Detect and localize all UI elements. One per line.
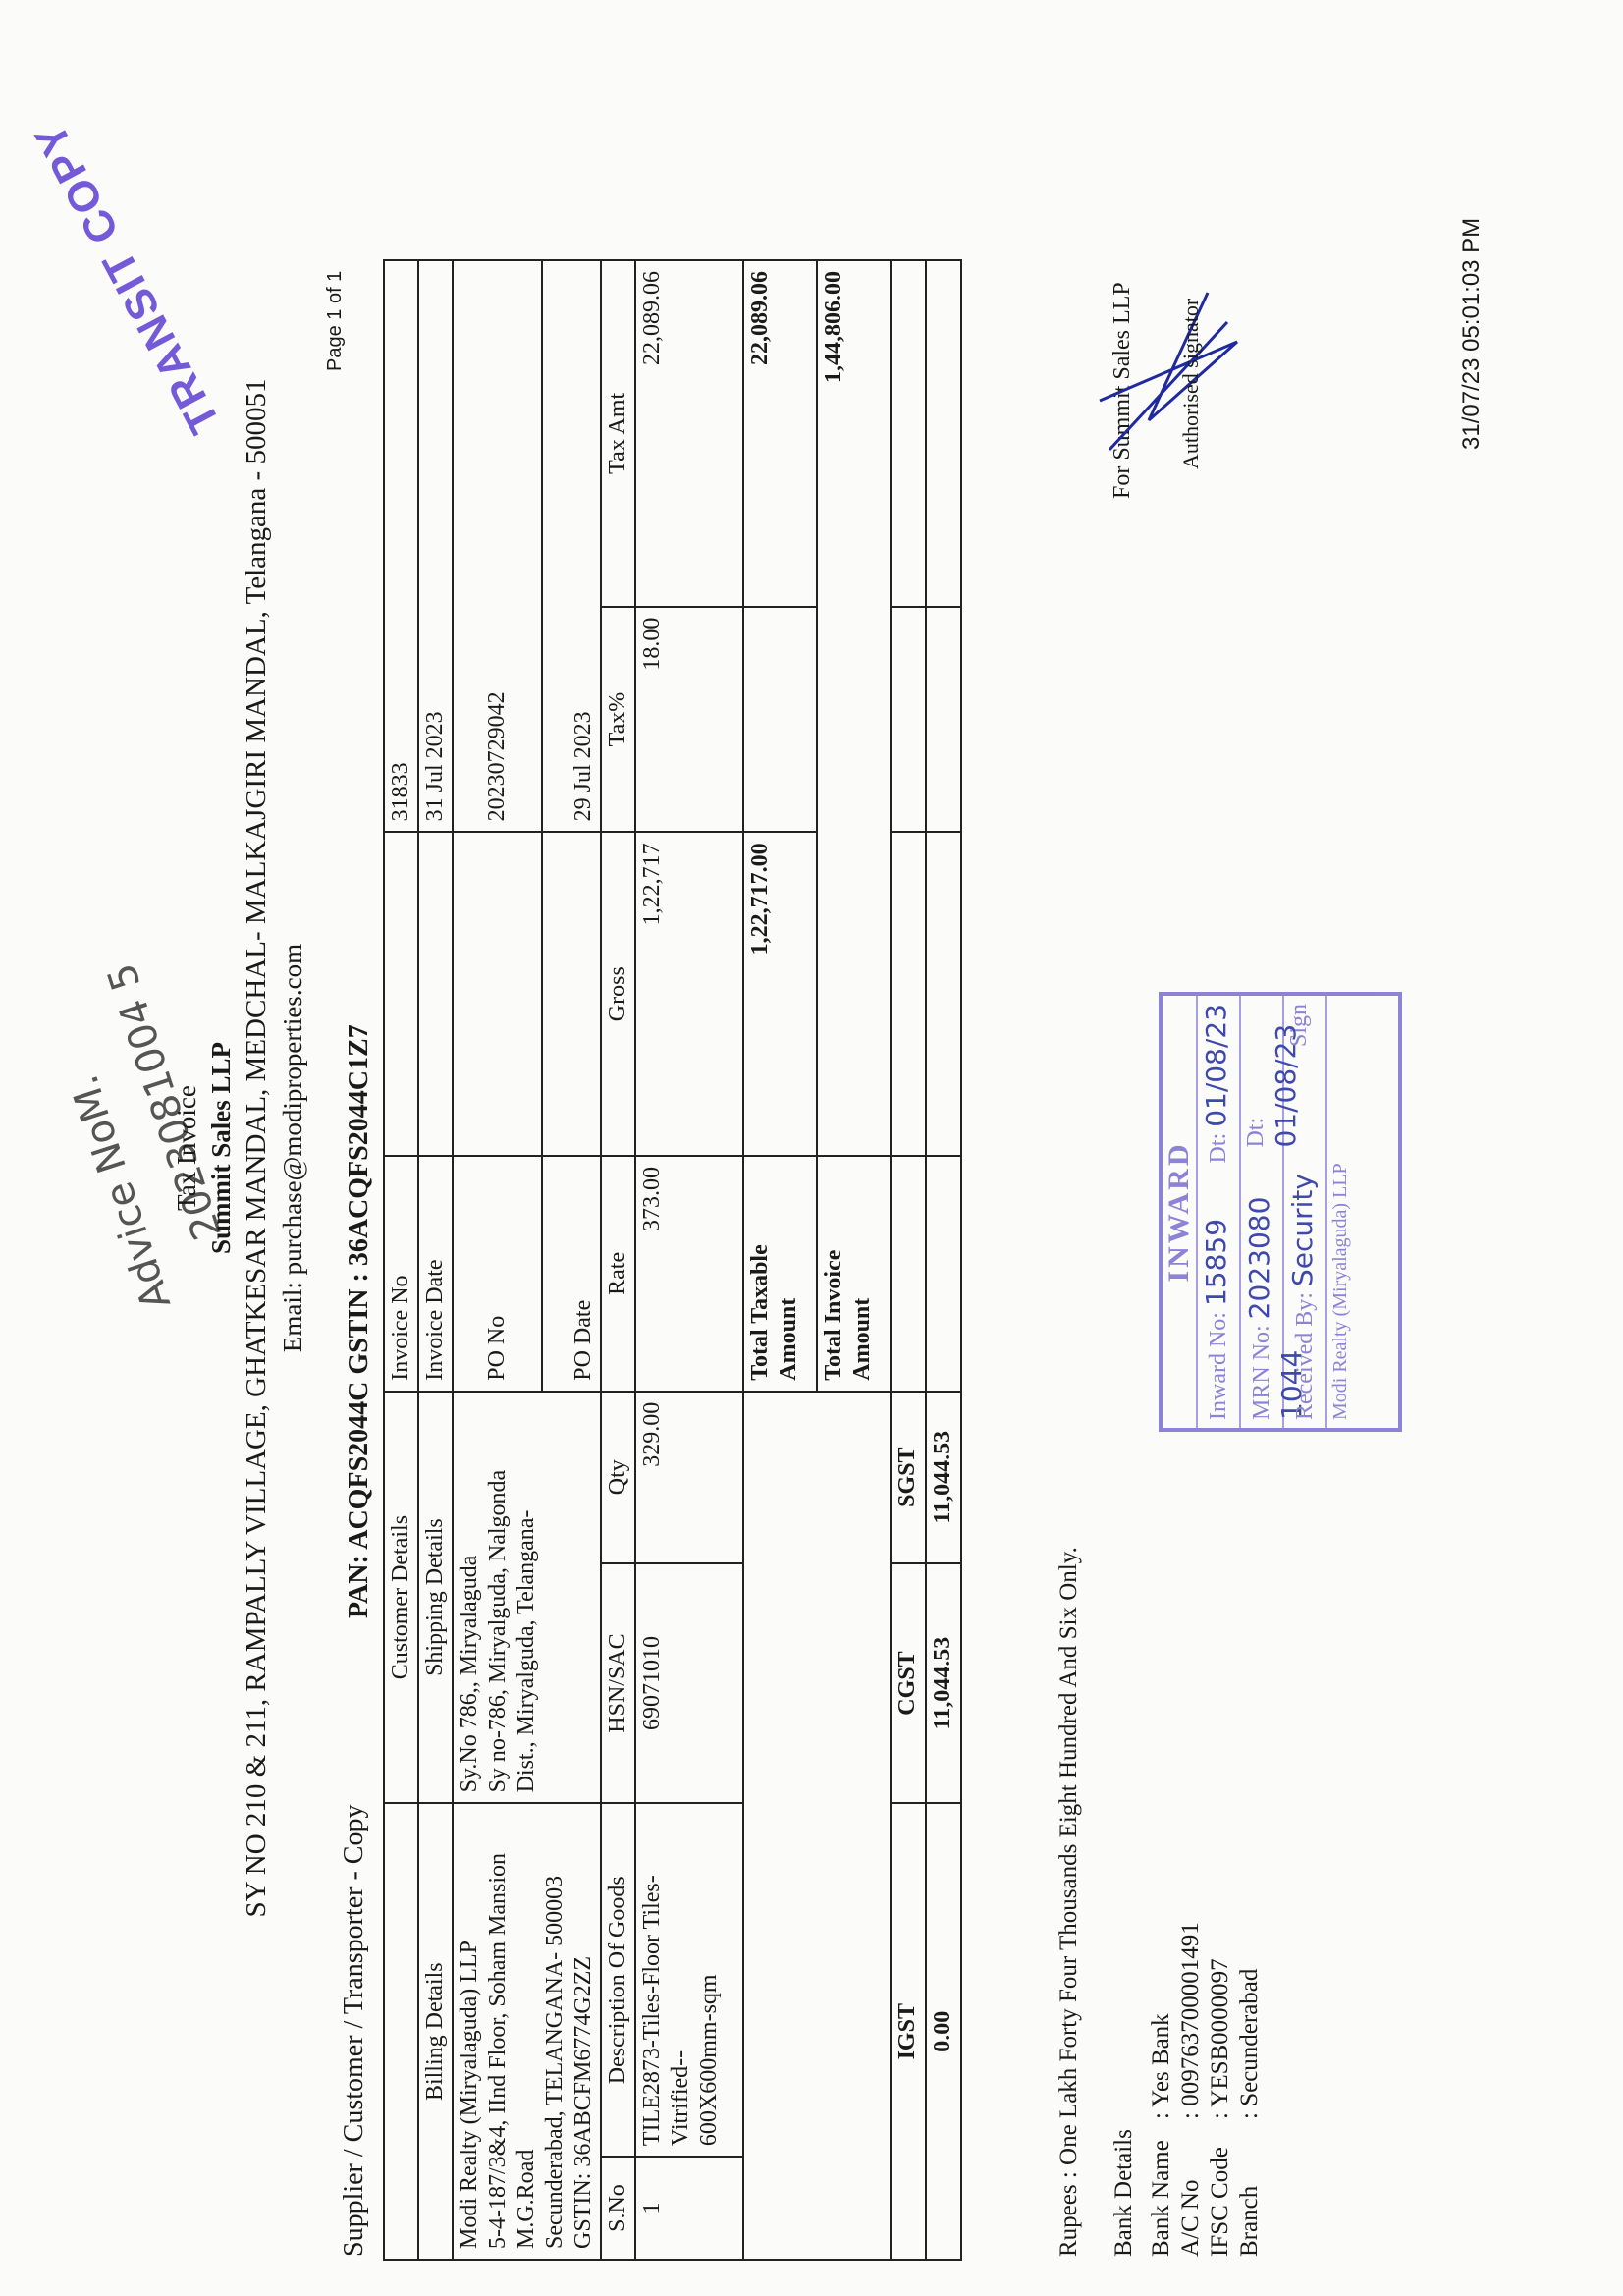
meta-value-invoice-no: 31833 xyxy=(384,260,418,832)
authorised-signatory-label: Authorised signator xyxy=(1178,299,1204,469)
tax-spacer xyxy=(926,260,961,607)
document-title: Tax Invoice xyxy=(172,0,202,2296)
total-invoice-label: Total Invoice Amount xyxy=(817,1156,891,1392)
meta-label-po-date: PO Date xyxy=(542,1156,601,1392)
col-header-description: Description Of Goods xyxy=(601,1803,635,2157)
cgst-value: 11,044.53 xyxy=(926,1563,961,1804)
meta-spacer xyxy=(453,832,542,1156)
branch-value: : Secunderabad xyxy=(1235,1969,1265,2119)
table-row: 1 TILE2873-Tiles-Floor Tiles-Vitrified--… xyxy=(635,260,743,2260)
billing-address: Modi Realty (Miryalaguda) LLP 5-4-187/3&… xyxy=(453,1803,601,2260)
meta-label-po-no: PO No xyxy=(453,1156,542,1392)
inward-no-value: 15859 xyxy=(1200,1219,1232,1306)
inward-dt-label: Dt: xyxy=(1206,1133,1231,1164)
col-header-rate: Rate xyxy=(601,1156,635,1392)
company-address: SY NO 210 & 211, RAMPALLY VILLAGE, GHATK… xyxy=(241,0,273,2296)
inward-stamp-footer: Modi Realty (Miryalaguda) LLP xyxy=(1325,996,1354,1428)
page-number: Page 1 of 1 xyxy=(324,271,347,371)
item-rate: 373.00 xyxy=(635,1156,743,1392)
igst-header: IGST xyxy=(891,1803,926,2260)
bank-details: Bank Details Bank Name: Yes Bank A/C No:… xyxy=(1109,1922,1265,2257)
item-sno: 1 xyxy=(635,2157,743,2260)
item-description-line: TILE2873-Tiles-Floor Tiles-Vitrified-- xyxy=(638,1814,695,2146)
igst-value: 0.00 xyxy=(926,1803,961,2260)
total-invoice-amount: 1,44,806.00 xyxy=(817,260,891,1156)
pan-gstin: PAN: ACQFS2044C GSTIN : 36ACQFS2044C1Z7 xyxy=(344,1024,375,1618)
item-qty: 329.00 xyxy=(635,1392,743,1563)
shipping-line: Sy.No 786,, Miryalaguda xyxy=(456,1402,484,1793)
item-description-line: 600X600mm-sqm xyxy=(695,1814,724,2146)
inward-stamp-title: INWARD xyxy=(1163,996,1196,1428)
meta-spacer xyxy=(542,832,601,1156)
billing-gstin: GSTIN: 36ABCFM6774G2ZZ xyxy=(569,1814,598,2249)
billing-line: 5-4-187/3&4, IInd Floor, Soham Mansion M… xyxy=(484,1814,541,2249)
item-tax-amt: 22,089.06 xyxy=(635,260,743,607)
tax-spacer xyxy=(926,832,961,1156)
sign-label: Sign xyxy=(1286,1004,1324,1047)
bank-details-title: Bank Details xyxy=(1109,1922,1139,2257)
mrn-dt-label: Dt: xyxy=(1243,1118,1269,1148)
tax-spacer xyxy=(891,1156,926,1392)
print-timestamp: 31/07/23 05:01:03 PM xyxy=(1458,218,1486,450)
item-hsn: 69071010 xyxy=(635,1563,743,1804)
shipping-line: Dist., Miryalguda, Telangana- xyxy=(513,1402,541,1793)
inward-dt-value: 01/08/23 xyxy=(1200,1004,1232,1127)
col-header-hsn: HSN/SAC xyxy=(601,1563,635,1804)
col-header-tax-pct: Tax% xyxy=(601,607,635,833)
customer-details-header: Customer Details xyxy=(384,1392,418,1804)
tax-spacer xyxy=(891,260,926,607)
company-name: Summit Sales LLP xyxy=(206,0,237,2296)
col-header-gross: Gross xyxy=(601,832,635,1156)
inward-no-label: Inward No: xyxy=(1206,1312,1231,1420)
invoice-table: Customer Details Invoice No 31833 Billin… xyxy=(383,259,962,2261)
cgst-header: CGST xyxy=(891,1563,926,1804)
customer-details-spacer xyxy=(384,1803,418,2260)
tax-spacer xyxy=(891,607,926,833)
invoice-page: Advice NoM. 2023081004 5 TRANSIT COPY Ta… xyxy=(0,0,1623,2296)
account-no-value: : 009763700001491 xyxy=(1176,1922,1206,2119)
received-by-label: Received By: xyxy=(1292,1292,1318,1420)
col-header-tax-amt: Tax Amt xyxy=(601,260,635,607)
shipping-address: Sy.No 786,, Miryalaguda Sy no-786, Mirya… xyxy=(453,1392,601,1804)
totals-spacer xyxy=(743,1392,891,2260)
meta-label-invoice-date: Invoice Date xyxy=(418,1156,453,1392)
ifsc-label: IFSC Code xyxy=(1206,2119,1235,2257)
meta-value-invoice-date: 31 Jul 2023 xyxy=(418,260,453,832)
amount-in-words: Rupees : One Lakh Forty Four Thousands E… xyxy=(1055,1547,1083,2257)
tax-spacer xyxy=(926,1156,961,1392)
sgst-header: SGST xyxy=(891,1392,926,1563)
item-description: TILE2873-Tiles-Floor Tiles-Vitrified-- 6… xyxy=(635,1803,743,2157)
signature-icon xyxy=(1090,244,1247,460)
billing-line: Modi Realty (Miryalaguda) LLP xyxy=(456,1814,484,2249)
item-tax-pct: 18.00 xyxy=(635,607,743,833)
bank-name-value: : Yes Bank xyxy=(1147,2013,1176,2119)
meta-spacer xyxy=(384,832,418,1156)
meta-spacer xyxy=(418,832,453,1156)
meta-label-invoice-no: Invoice No xyxy=(384,1156,418,1392)
company-email: Email: purchase@modiproperties.com xyxy=(278,0,308,2296)
total-taxable-tax: 22,089.06 xyxy=(743,260,817,607)
mrn-no-label: MRN No: xyxy=(1249,1325,1274,1420)
item-gross: 1,22,717 xyxy=(635,832,743,1156)
ifsc-value: : YESB0000097 xyxy=(1206,1958,1235,2119)
col-header-qty: Qty xyxy=(601,1392,635,1563)
shipping-line: Sy no-786, Miryalguda, Nalgonda xyxy=(484,1402,513,1793)
copy-label: Supplier / Customer / Transporter - Copy xyxy=(339,1805,370,2257)
tax-spacer xyxy=(926,607,961,833)
received-by-value: Security xyxy=(1286,1174,1319,1286)
shipping-details-header: Shipping Details xyxy=(418,1392,453,1804)
tax-spacer xyxy=(891,832,926,1156)
total-taxable-label: Total Taxable Amount xyxy=(743,1156,817,1392)
inward-stamp: INWARD Inward No: 15859 Dt: 01/08/23 MRN… xyxy=(1159,992,1402,1432)
branch-label: Branch xyxy=(1235,2119,1265,2257)
account-no-label: A/C No xyxy=(1176,2119,1206,2257)
billing-line: Secunderabad, TELANGANA- 500003 xyxy=(541,1814,569,2249)
meta-value-po-no: 20230729042 xyxy=(453,260,542,832)
bank-name-label: Bank Name xyxy=(1147,2119,1176,2257)
total-taxable-gross: 1,22,717.00 xyxy=(743,832,817,1156)
billing-details-header: Billing Details xyxy=(418,1803,453,2260)
col-header-sno: S.No xyxy=(601,2157,635,2260)
sgst-value: 11,044.53 xyxy=(926,1392,961,1563)
totals-spacer xyxy=(743,607,817,833)
meta-value-po-date: 29 Jul 2023 xyxy=(542,260,601,832)
